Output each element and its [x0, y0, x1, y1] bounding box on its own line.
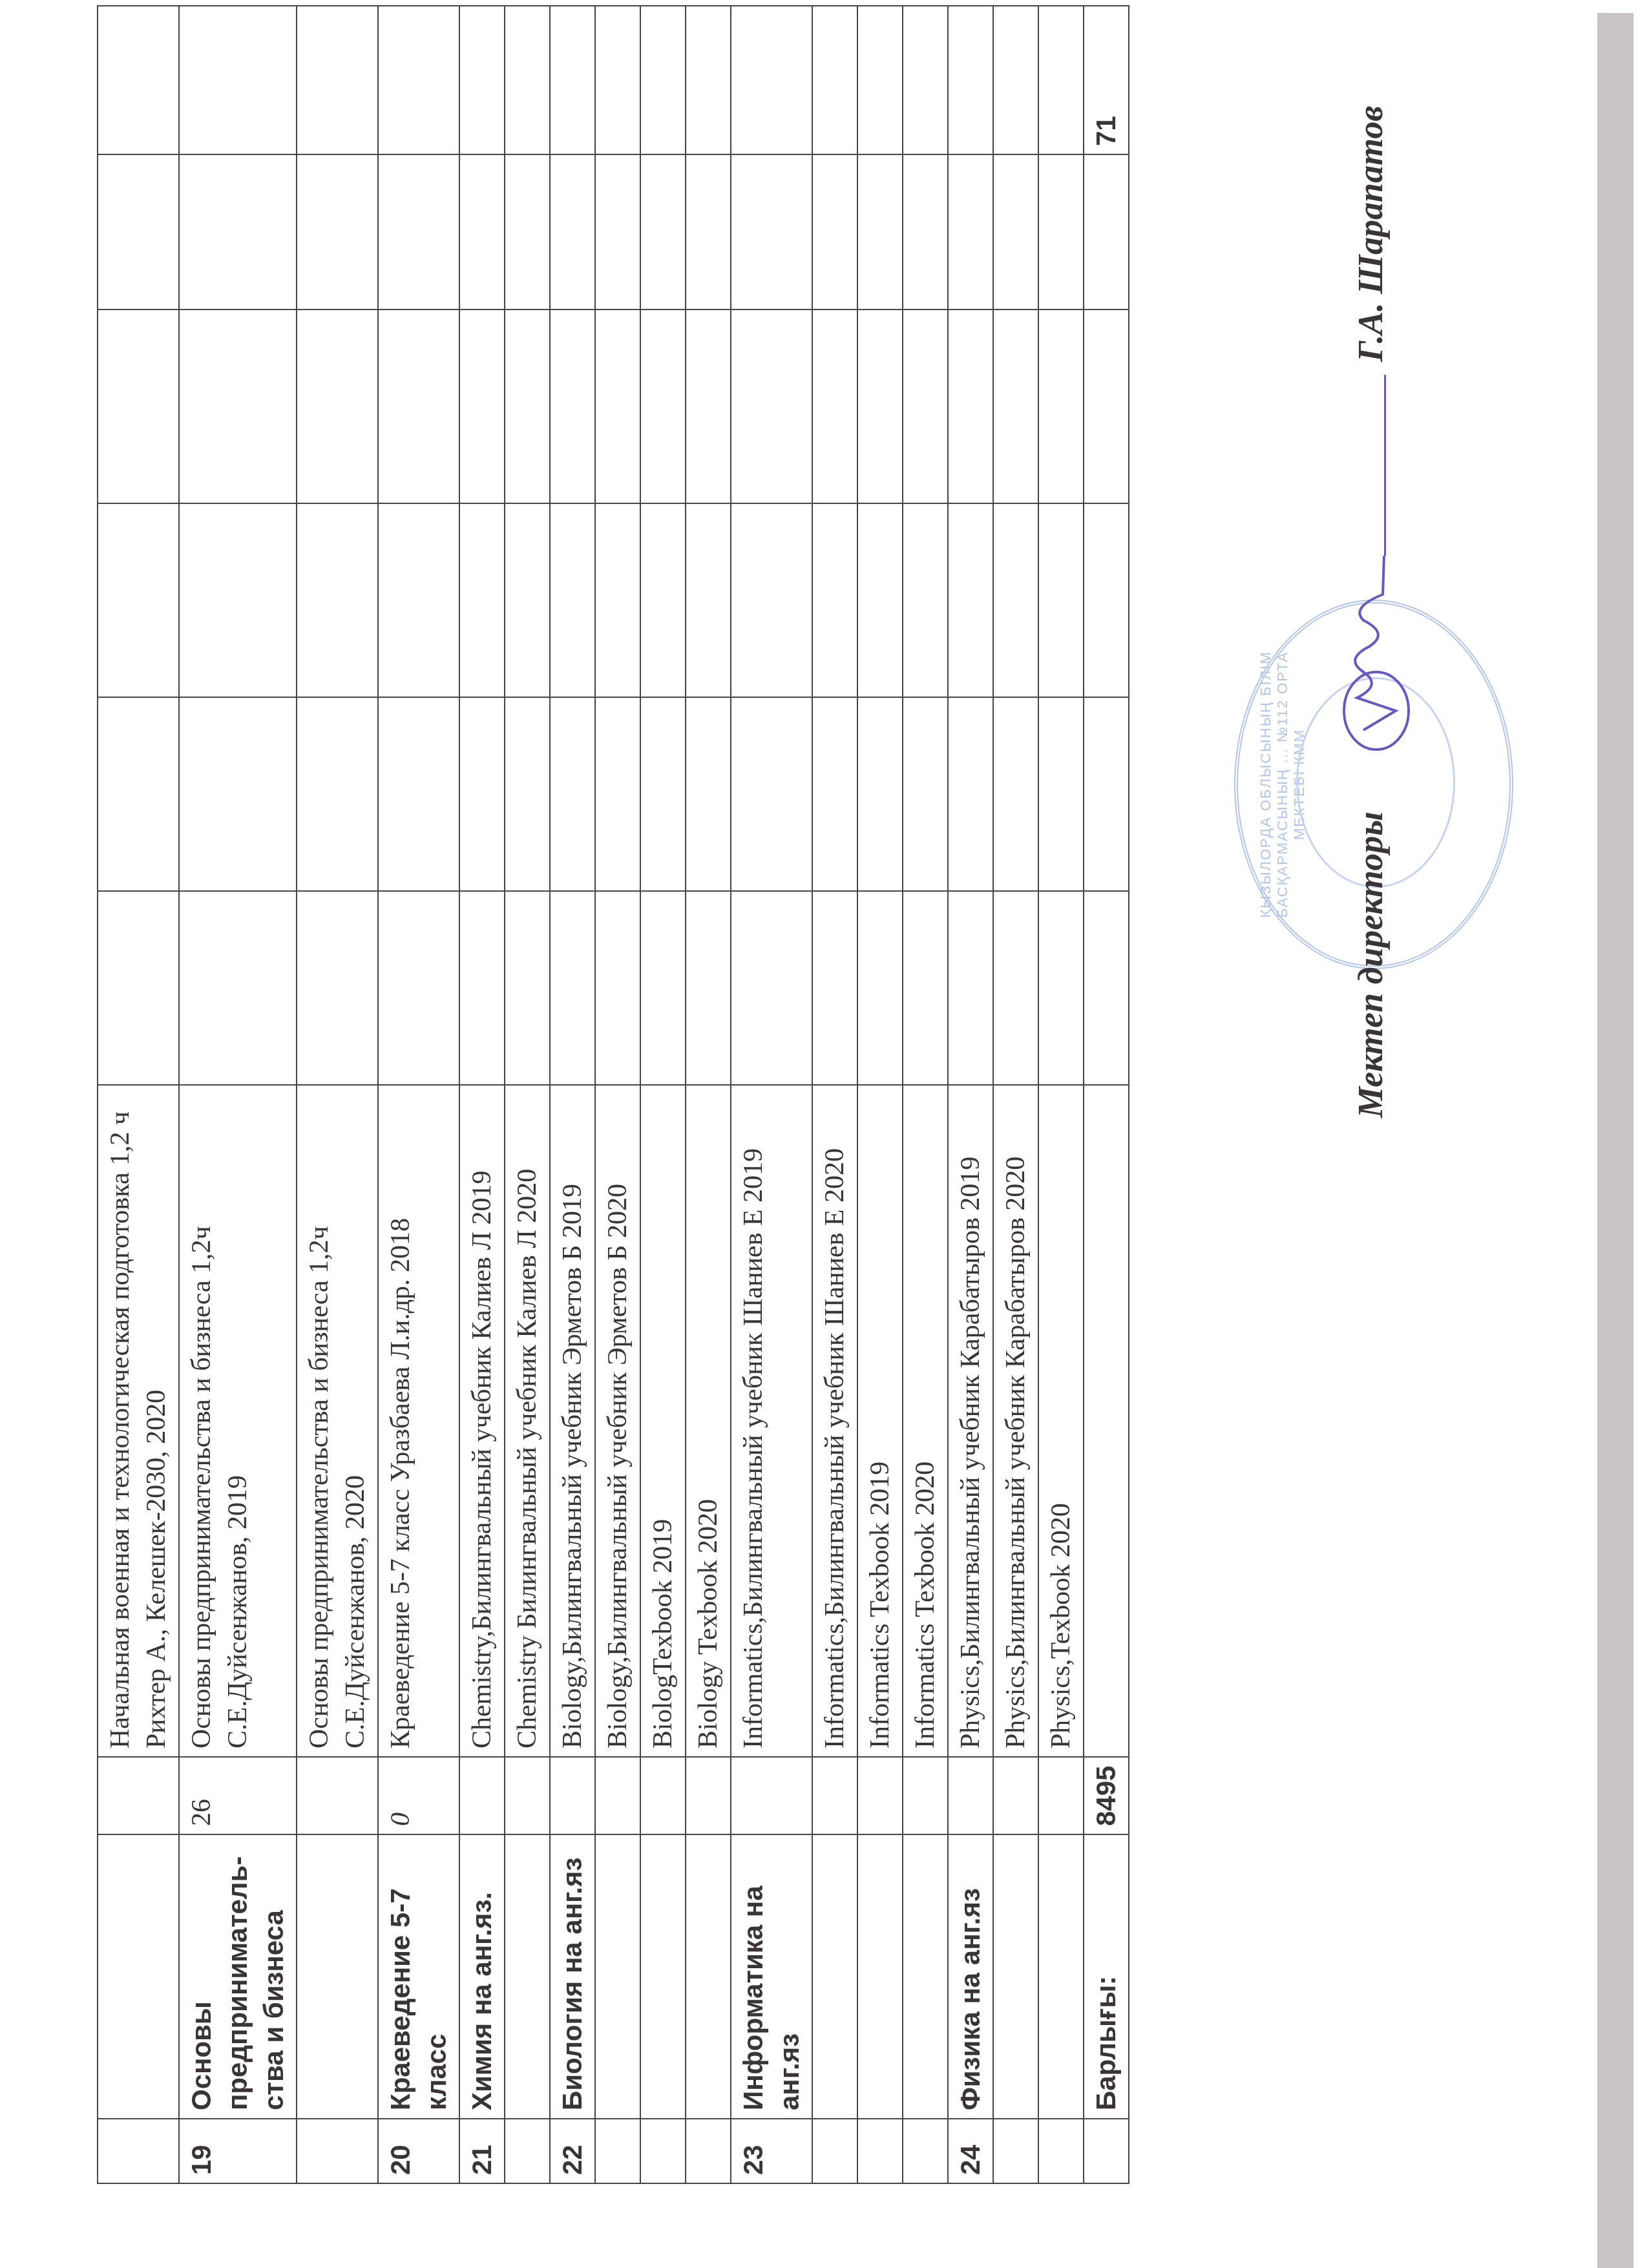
empty-cell	[459, 310, 505, 503]
empty-cell	[378, 891, 459, 1085]
empty-cell	[179, 697, 297, 891]
textbook-inventory-table: Начальная военная и технологическая подг…	[97, 5, 1129, 2184]
empty-cell	[640, 310, 686, 503]
empty-cell	[812, 6, 857, 154]
empty-cell	[948, 310, 993, 503]
empty-cell	[993, 6, 1038, 154]
row-number: 22	[550, 2119, 595, 2183]
empty-cell	[98, 154, 179, 310]
signature-line	[1384, 375, 1386, 556]
book-title: BiologTexbook 2019	[640, 1085, 686, 1757]
book-count	[297, 1757, 378, 1834]
table-row: Physics,Texbook 2020	[1038, 6, 1084, 2183]
table-row: Informatics Texbook 2020	[903, 6, 948, 2183]
book-title: Начальная военная и технологическая подг…	[98, 1085, 179, 1757]
empty-cell	[297, 6, 378, 154]
empty-cell	[812, 154, 857, 310]
book-count	[550, 1757, 595, 1834]
empty-cell	[903, 154, 948, 310]
empty-cell	[903, 6, 948, 154]
book-title: Informatics Texbook 2020	[903, 1085, 948, 1757]
table-row: 24Физика на анг.язPhysics,Билингвальный …	[948, 6, 993, 2183]
empty-cell	[595, 154, 640, 310]
rotated-page: Начальная военная и технологическая подг…	[0, 0, 1649, 2268]
empty-cell	[686, 891, 731, 1085]
empty-cell	[505, 310, 550, 503]
empty-cell	[1038, 154, 1084, 310]
empty-cell	[98, 503, 179, 697]
empty-cell	[1084, 310, 1129, 503]
row-number	[297, 2119, 378, 2183]
empty-cell	[595, 6, 640, 154]
director-name: Г.А. Шарапатов	[1350, 106, 1391, 362]
empty-cell	[1084, 1085, 1129, 1757]
book-title: Informatics Texbook 2019	[857, 1085, 903, 1757]
book-count	[640, 1757, 686, 1834]
book-title: Основы предпринимательства и бизнеса 1,2…	[179, 1085, 297, 1757]
empty-cell	[948, 697, 993, 891]
empty-cell	[857, 697, 903, 891]
empty-cell	[857, 503, 903, 697]
empty-cell	[1038, 6, 1084, 154]
book-count: 26	[179, 1757, 297, 1834]
row-number	[505, 2119, 550, 2183]
empty-cell	[1084, 503, 1129, 697]
subject-name: Основы предприниматель­ства и бизнеса	[179, 1834, 297, 2119]
empty-cell	[595, 503, 640, 697]
empty-cell	[550, 6, 595, 154]
empty-cell	[179, 154, 297, 310]
empty-cell	[505, 891, 550, 1085]
empty-cell	[640, 154, 686, 310]
subject-name	[686, 1834, 731, 2119]
subject-name: Физика на анг.яз	[948, 1834, 993, 2119]
book-count	[98, 1757, 179, 1834]
row-number: 24	[948, 2119, 993, 2183]
empty-cell	[731, 697, 812, 891]
book-title: Основы предпринимательства и бизнеса 1,2…	[297, 1085, 378, 1757]
row-number: 19	[179, 2119, 297, 2183]
empty-cell	[98, 891, 179, 1085]
empty-cell	[640, 697, 686, 891]
book-count	[459, 1757, 505, 1834]
empty-cell	[857, 310, 903, 503]
empty-cell	[686, 503, 731, 697]
table-row: Informatics Texbook 2019	[857, 6, 903, 2183]
table-row: Biology Texbook 2020	[686, 6, 731, 2183]
empty-cell	[550, 154, 595, 310]
empty-cell	[98, 6, 179, 154]
table-row: Основы предпринимательства и бизнеса 1,2…	[297, 6, 378, 2183]
empty-cell	[640, 891, 686, 1085]
total-label: Барлығы:	[1084, 1834, 1129, 2119]
book-title: Biology,Билингвальный учебник Эрметов Б …	[595, 1085, 640, 1757]
book-count	[903, 1757, 948, 1834]
table-row: 22Биология на анг.язBiology,Билингвальны…	[550, 6, 595, 2183]
handwritten-signature	[1325, 549, 1415, 756]
empty-cell	[857, 6, 903, 154]
empty-cell	[98, 697, 179, 891]
empty-cell	[686, 310, 731, 503]
book-title: Physics,Texbook 2020	[1038, 1085, 1084, 1757]
subject-name	[595, 1834, 640, 2119]
empty-cell	[179, 503, 297, 697]
row-number	[595, 2119, 640, 2183]
empty-cell	[505, 154, 550, 310]
subject-name	[1038, 1834, 1084, 2119]
subject-name: Биология на анг.яз	[550, 1834, 595, 2119]
row-number	[903, 2119, 948, 2183]
empty-cell	[595, 891, 640, 1085]
subject-name: Химия на анг.яз.	[459, 1834, 505, 2119]
empty-cell	[378, 6, 459, 154]
empty-cell	[731, 6, 812, 154]
empty-cell	[595, 310, 640, 503]
book-count	[812, 1757, 857, 1834]
row-number	[98, 2119, 179, 2183]
empty-cell	[1084, 154, 1129, 310]
book-count	[948, 1757, 993, 1834]
empty-cell	[550, 891, 595, 1085]
empty-cell	[378, 154, 459, 310]
empty-cell	[1084, 891, 1129, 1085]
subject-name	[857, 1834, 903, 2119]
empty-cell	[459, 697, 505, 891]
empty-cell	[297, 891, 378, 1085]
empty-cell	[731, 154, 812, 310]
subject-name	[98, 1834, 179, 2119]
table-row: BiologTexbook 2019	[640, 6, 686, 2183]
empty-cell	[459, 503, 505, 697]
book-title: Краеведение 5-7 класс Уразбаева Л.и.др. …	[378, 1085, 459, 1757]
empty-cell	[297, 697, 378, 891]
subject-name: Информатика на анг.яз	[731, 1834, 812, 2119]
empty-cell	[505, 6, 550, 154]
table-row: Biology,Билингвальный учебник Эрметов Б …	[595, 6, 640, 2183]
empty-cell	[595, 697, 640, 891]
total-last-value: 71	[1084, 6, 1129, 154]
empty-cell	[179, 891, 297, 1085]
table-row: Informatics,Билингвальный учебник Шаниев…	[812, 6, 857, 2183]
empty-cell	[993, 310, 1038, 503]
empty-cell	[550, 503, 595, 697]
subject-name: Краеведение 5-7 класс	[378, 1834, 459, 2119]
book-count	[857, 1757, 903, 1834]
table-row: 21Химия на анг.яз.Chemistry,Билингвальны…	[459, 6, 505, 2183]
table-row: Chemistry Билингвальный учебник Калиев Л…	[505, 6, 550, 2183]
empty-cell	[903, 310, 948, 503]
subject-name	[640, 1834, 686, 2119]
empty-cell	[812, 891, 857, 1085]
row-number	[812, 2119, 857, 2183]
empty-cell	[297, 154, 378, 310]
total-count: 8495	[1084, 1757, 1129, 1834]
signature-block: ҚЫЗЫЛОРДА ОБЛЫСЫНЫҢ БІЛІМ БАСҚАРМАСЫНЫҢ …	[1312, 19, 1506, 1118]
book-title: Physics,Билингвальный учебник Карабатыро…	[948, 1085, 993, 1757]
empty-cell	[1084, 697, 1129, 891]
total-row: Барлығы:849571	[1084, 6, 1129, 2183]
empty-cell	[550, 697, 595, 891]
empty-cell	[731, 503, 812, 697]
empty-cell	[903, 503, 948, 697]
table-row: Physics,Билингвальный учебник Карабатыро…	[993, 6, 1038, 2183]
empty-cell	[948, 154, 993, 310]
book-title: Biology,Билингвальный учебник Эрметов Б …	[550, 1085, 595, 1757]
empty-cell	[1038, 503, 1084, 697]
subject-name	[297, 1834, 378, 2119]
empty-cell	[857, 154, 903, 310]
empty-cell	[731, 891, 812, 1085]
empty-cell	[993, 503, 1038, 697]
row-number: 20	[378, 2119, 459, 2183]
table-row: Начальная военная и технологическая подг…	[98, 6, 179, 2183]
row-number	[686, 2119, 731, 2183]
row-number: 21	[459, 2119, 505, 2183]
book-count	[1038, 1757, 1084, 1834]
book-title: Informatics,Билингвальный учебник Шаниев…	[812, 1085, 857, 1757]
book-title: Chemistry,Билингвальный учебник Калиев Л…	[459, 1085, 505, 1757]
book-title: Biology Texbook 2020	[686, 1085, 731, 1757]
empty-cell	[459, 891, 505, 1085]
row-number	[640, 2119, 686, 2183]
row-number	[1038, 2119, 1084, 2183]
book-title: Chemistry Билингвальный учебник Калиев Л…	[505, 1085, 550, 1757]
book-title: Physics,Билингвальный учебник Карабатыро…	[993, 1085, 1038, 1757]
table-row: 20Краеведение 5-7 класс0Краеведение 5-7 …	[378, 6, 459, 2183]
book-count	[993, 1757, 1038, 1834]
subject-name	[812, 1834, 857, 2119]
empty-cell	[378, 697, 459, 891]
row-number	[993, 2119, 1038, 2183]
empty-cell	[993, 154, 1038, 310]
empty-cell	[948, 6, 993, 154]
empty-cell	[378, 503, 459, 697]
empty-cell	[812, 697, 857, 891]
empty-cell	[459, 154, 505, 310]
empty-cell	[686, 697, 731, 891]
empty-cell	[505, 697, 550, 891]
empty-cell	[98, 310, 179, 503]
empty-cell	[812, 503, 857, 697]
empty-cell	[948, 503, 993, 697]
empty-cell	[297, 310, 378, 503]
empty-cell	[297, 503, 378, 697]
empty-cell	[459, 6, 505, 154]
empty-cell	[857, 891, 903, 1085]
book-count	[595, 1757, 640, 1834]
empty-cell	[179, 6, 297, 154]
book-count	[505, 1757, 550, 1834]
table-row: 23Информатика на анг.язInformatics,Билин…	[731, 6, 812, 2183]
row-number: 23	[731, 2119, 812, 2183]
empty-cell	[903, 891, 948, 1085]
row-number	[857, 2119, 903, 2183]
empty-cell	[812, 310, 857, 503]
book-count: 0	[378, 1757, 459, 1834]
book-count	[686, 1757, 731, 1834]
director-role: Мектеп директоры	[1350, 812, 1391, 1118]
empty-cell	[179, 310, 297, 503]
empty-cell	[686, 154, 731, 310]
empty-cell	[993, 891, 1038, 1085]
empty-cell	[731, 310, 812, 503]
empty-cell	[948, 891, 993, 1085]
subject-name	[505, 1834, 550, 2119]
subject-name	[903, 1834, 948, 2119]
empty-cell	[1084, 2119, 1129, 2183]
empty-cell	[640, 503, 686, 697]
book-count	[731, 1757, 812, 1834]
empty-cell	[550, 310, 595, 503]
subject-name	[993, 1834, 1038, 2119]
book-title: Informatics,Билингвальный учебник Шаниев…	[731, 1085, 812, 1757]
empty-cell	[903, 697, 948, 891]
empty-cell	[686, 6, 731, 154]
empty-cell	[1038, 310, 1084, 503]
empty-cell	[378, 310, 459, 503]
empty-cell	[1038, 891, 1084, 1085]
empty-cell	[640, 6, 686, 154]
table-row: 19Основы предприниматель­ства и бизнеса2…	[179, 6, 297, 2183]
empty-cell	[1038, 697, 1084, 891]
empty-cell	[505, 503, 550, 697]
empty-cell	[993, 697, 1038, 891]
